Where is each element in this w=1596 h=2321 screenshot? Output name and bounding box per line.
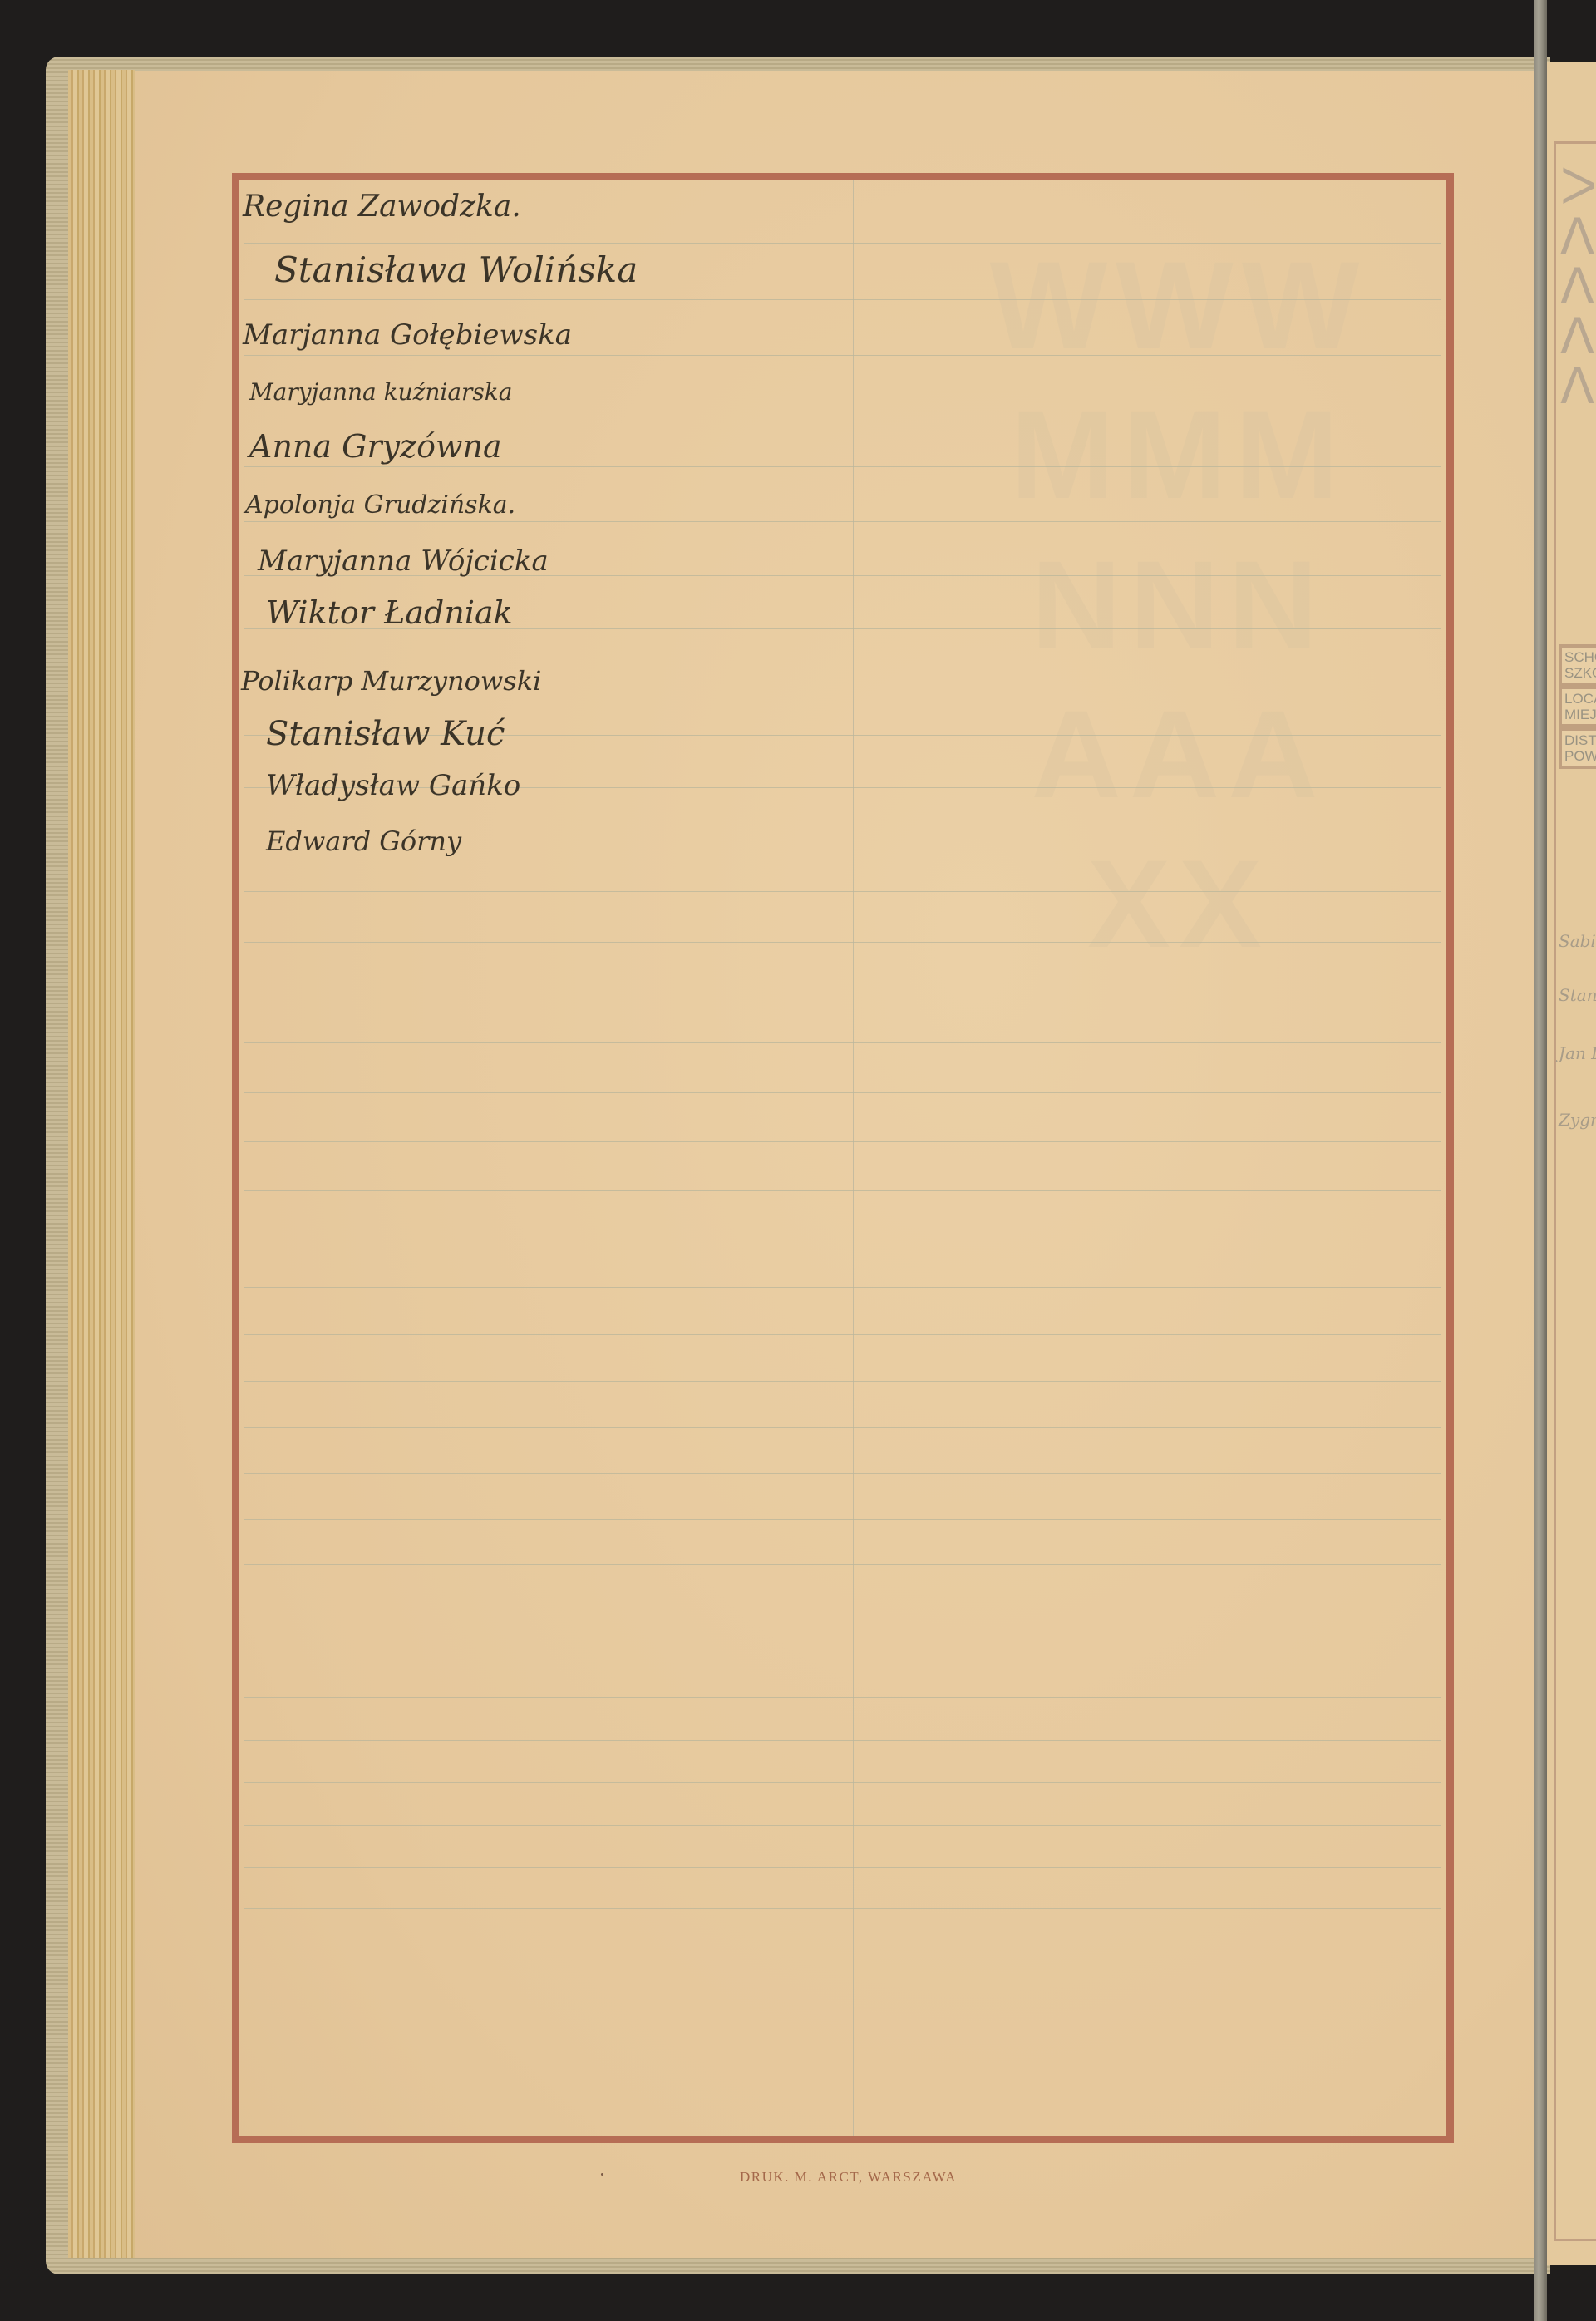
ruled-lines: WWWMMMNNNAAAXX (239, 180, 1446, 2136)
book-spine-gutter (1534, 0, 1547, 2321)
ruled-line (244, 1190, 1441, 1191)
printer-imprint: DRUK. M. ARCT, WARSZAWA (740, 2169, 957, 2185)
ruled-line (244, 243, 1441, 244)
show-through-print: WWWMMMNNNAAAXX (921, 230, 1436, 1028)
entry-row: Anna Gryzówna (249, 428, 502, 465)
ruled-line (244, 1334, 1441, 1335)
ruled-line (244, 1141, 1441, 1142)
ruled-line (244, 1427, 1441, 1428)
ruled-line (244, 1908, 1441, 1909)
ruled-line (244, 466, 1441, 467)
ruled-line (244, 891, 1441, 892)
ruled-line (244, 1740, 1441, 1741)
ruled-line (244, 1519, 1441, 1520)
ruled-line (244, 1782, 1441, 1783)
ruled-line (244, 1825, 1441, 1826)
next-page-label-school: SCHO SZKO (1559, 644, 1596, 686)
next-page-label-district: DISTR POW (1559, 727, 1596, 769)
entry-row: Edward Górny (266, 825, 461, 857)
ruled-line (244, 355, 1441, 356)
ruled-line (244, 1239, 1441, 1239)
next-page-label-locality: LOCA MIEJS (1559, 686, 1596, 727)
column-divider (853, 180, 854, 2136)
ruled-line (244, 1697, 1441, 1698)
ruled-line (244, 411, 1441, 411)
ruled-line (244, 1564, 1441, 1565)
ruled-line (244, 1473, 1441, 1474)
ruled-line (244, 1287, 1441, 1288)
ruled-line (244, 942, 1441, 943)
next-page-handwriting: Sabina (1559, 931, 1596, 951)
ruled-line (244, 1867, 1441, 1868)
ruled-line (244, 1381, 1441, 1382)
entry-row: Regina Zawodzka. (243, 190, 521, 224)
entry-row: Stanisław Kuć (266, 715, 505, 753)
ruled-line (244, 521, 1441, 522)
next-page-frame (1554, 141, 1596, 2241)
entry-row: Maryjanna Wójcicka (258, 545, 549, 578)
next-page-handwriting: Jan L (1559, 1043, 1596, 1063)
stacked-page-edges (68, 70, 135, 2258)
entry-row: Apolonja Grudzińska. (245, 490, 515, 520)
next-page-handwriting: Zygm (1559, 1110, 1596, 1130)
ruled-line (244, 1042, 1441, 1043)
next-page-edge: ᐳᐱᐱᐱᐱ SCHO SZKO LOCA MIEJS DISTR POW Sab… (1547, 62, 1596, 2265)
entry-row: Stanisława Wolińska (274, 249, 638, 290)
ruled-line (244, 1092, 1441, 1093)
entry-row: Władysław Gańko (266, 769, 520, 802)
entry-row: Marjanna Gołębiewska (243, 318, 572, 352)
entry-row: Wiktor Ładniak (266, 594, 513, 631)
entry-row: Maryjanna kuźniarska (249, 378, 512, 406)
ruled-line (244, 1653, 1441, 1653)
ruled-line (244, 993, 1441, 993)
entry-row: Polikarp Murzynowski (241, 665, 541, 697)
ruled-line (244, 1609, 1441, 1609)
page-frame-border: WWWMMMNNNAAAXX (232, 173, 1454, 2143)
imprint-dot (601, 2173, 603, 2176)
next-page-handwriting: Stani (1559, 985, 1596, 1005)
ruled-line (244, 299, 1441, 300)
next-page-ornament: ᐳᐱᐱᐱᐱ (1560, 162, 1596, 411)
